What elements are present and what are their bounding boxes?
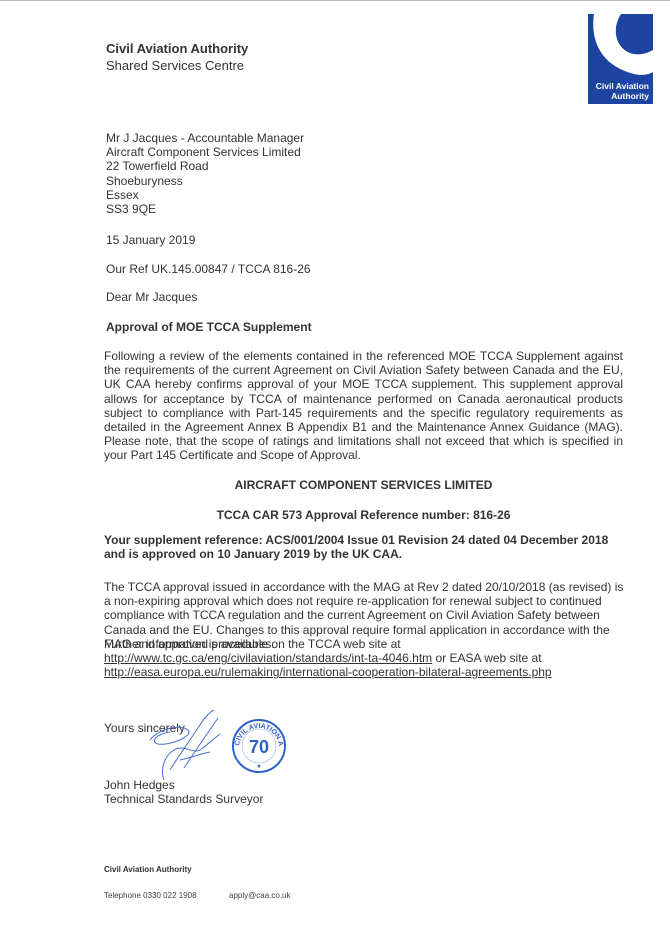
- recipient-line: SS3 9QE: [106, 202, 304, 216]
- footer-telephone: Telephone 0330 022 1908: [104, 891, 197, 900]
- svg-text:70: 70: [249, 737, 269, 757]
- body-paragraph-1: Following a review of the elements conta…: [104, 349, 623, 463]
- signatory-name: John Hedges: [104, 778, 175, 792]
- svg-text:★: ★: [256, 763, 261, 770]
- recipient-line: Essex: [106, 188, 304, 202]
- letterhead-organisation: Civil Aviation Authority: [106, 41, 248, 56]
- footer-email[interactable]: apply@caa.co.uk: [229, 891, 291, 900]
- further-information: Further information is available on the …: [104, 637, 629, 680]
- salutation: Dear Mr Jacques: [106, 290, 197, 304]
- approval-reference-heading: TCCA CAR 573 Approval Reference number: …: [104, 508, 623, 522]
- recipient-line: Mr J Jacques - Accountable Manager: [106, 131, 304, 145]
- our-reference: Our Ref UK.145.00847 / TCCA 816-26: [106, 262, 311, 276]
- easa-intro-text: or EASA web site at: [432, 651, 541, 665]
- letter-subject: Approval of MOE TCCA Supplement: [106, 320, 312, 334]
- tcca-link[interactable]: http://www.tc.gc.ca/eng/civilaviation/st…: [104, 651, 432, 665]
- recipient-line: 22 Towerfield Road: [106, 159, 304, 173]
- letterhead-department: Shared Services Centre: [106, 58, 244, 73]
- supplement-reference: Your supplement reference: ACS/001/2004 …: [104, 533, 624, 561]
- caa-logo: Civil Aviation Authority: [588, 14, 653, 104]
- recipient-address: Mr J Jacques - Accountable Manager Aircr…: [106, 131, 304, 216]
- company-heading: AIRCRAFT COMPONENT SERVICES LIMITED: [104, 478, 623, 492]
- easa-link[interactable]: http://easa.europa.eu/rulemaking/interna…: [104, 665, 552, 679]
- letter-date: 15 January 2019: [106, 233, 195, 247]
- logo-text: Civil Aviation Authority: [596, 81, 649, 101]
- footer-organisation: Civil Aviation Authority: [104, 865, 192, 874]
- signatory-title: Technical Standards Surveyor: [104, 792, 263, 806]
- further-info-text: Further information is available on the …: [104, 637, 401, 651]
- recipient-line: Aircraft Component Services Limited: [106, 145, 304, 159]
- recipient-line: Shoeburyness: [106, 174, 304, 188]
- page-top-border: [0, 0, 670, 1]
- caa-stamp-icon: CIVIL AVIATION AUTHORITY 70 ★: [231, 718, 287, 774]
